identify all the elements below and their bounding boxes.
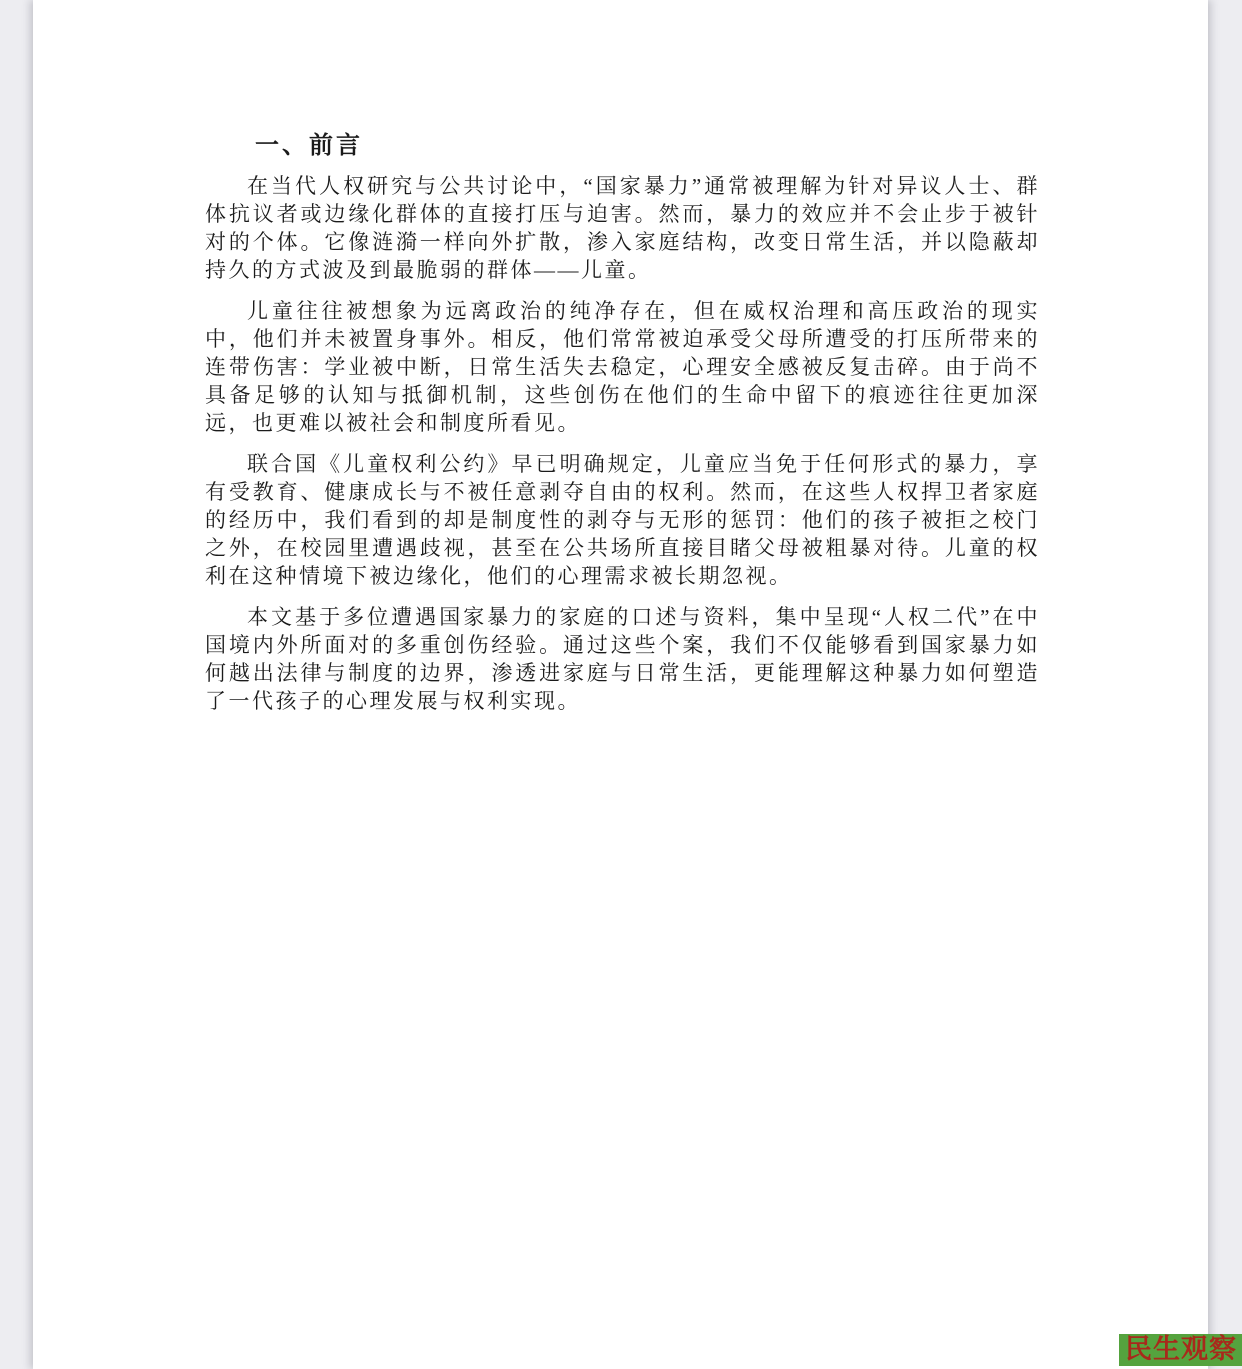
document-page: 一、前言 在当代人权研究与公共讨论中，“国家暴力”通常被理解为针对异议人士、群体… — [33, 0, 1208, 1369]
section-heading: 一、前言 — [255, 131, 1040, 159]
page-content: 一、前言 在当代人权研究与公共讨论中，“国家暴力”通常被理解为针对异议人士、群体… — [33, 0, 1208, 715]
paragraph-1: 在当代人权研究与公共讨论中，“国家暴力”通常被理解为针对异议人士、群体抗议者或边… — [205, 172, 1040, 284]
paragraph-2: 儿童往往被想象为远离政治的纯净存在，但在威权治理和高压政治的现实中，他们并未被置… — [205, 297, 1040, 437]
viewer-canvas: 一、前言 在当代人权研究与公共讨论中，“国家暴力”通常被理解为针对异议人士、群体… — [0, 0, 1242, 1369]
watermark-badge: 民生观察 — [1119, 1334, 1242, 1366]
paragraph-4: 本文基于多位遭遇国家暴力的家庭的口述与资料，集中呈现“人权二代”在中国境内外所面… — [205, 603, 1040, 715]
paragraph-3: 联合国《儿童权利公约》早已明确规定，儿童应当免于任何形式的暴力，享有受教育、健康… — [205, 450, 1040, 590]
